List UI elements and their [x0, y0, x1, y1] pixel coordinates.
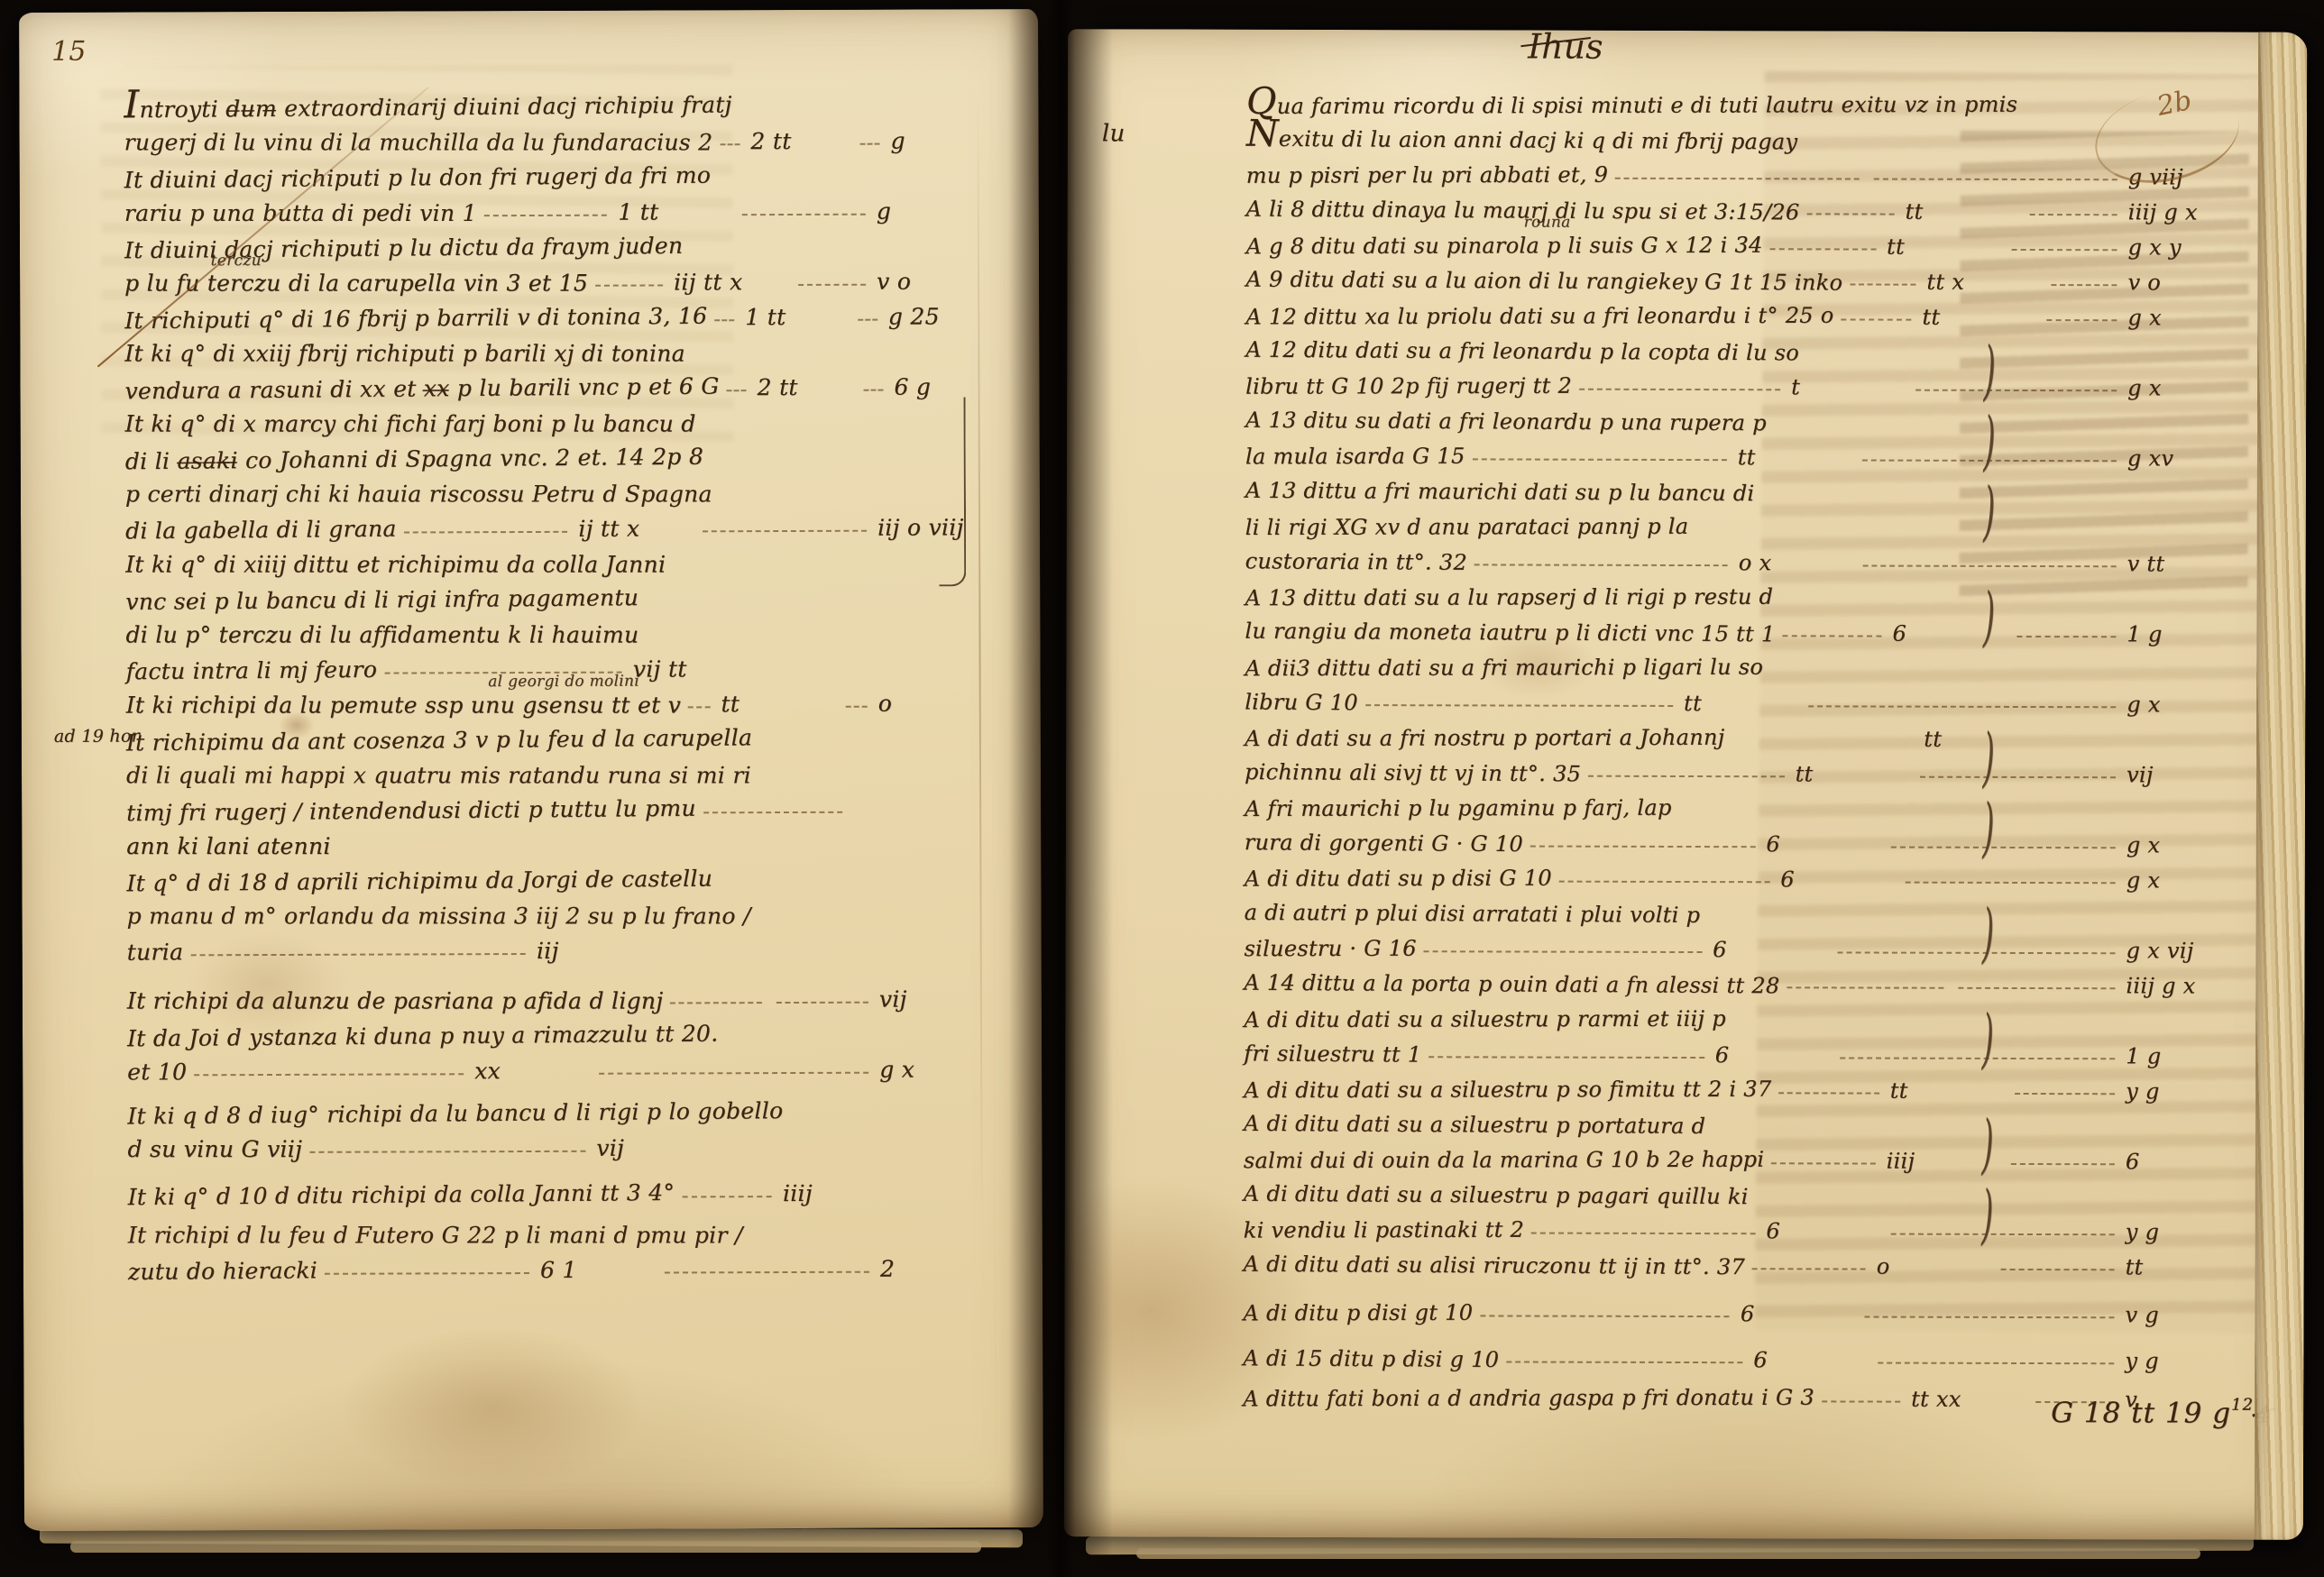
- spacer: [1773, 610, 2005, 611]
- entry-bracket: [939, 397, 967, 586]
- amount-mid: 6 1: [537, 1257, 657, 1283]
- ledger-line: pichinnu ali sivj tt vj in tt°. 35ttvij: [1245, 752, 2237, 790]
- leader-line: [2001, 1269, 2115, 1270]
- line-text: li li rigi XG xv d anu parataci pannj p …: [1245, 514, 1689, 540]
- line-text: salmi dui di ouin da la marina G 10 b 2e…: [1244, 1147, 1764, 1174]
- leader-line: [2030, 214, 2117, 215]
- spacer: [1726, 1032, 1981, 1033]
- spacer: [2000, 682, 2237, 683]
- leader-line: [2011, 1163, 2115, 1165]
- leader-line: [1850, 283, 1915, 285]
- total-amount: G 18 tt 19 g: [2051, 1397, 2231, 1430]
- invocation-text: Ihus: [1528, 27, 1603, 67]
- leader-line: [1474, 564, 1728, 566]
- leader-line: [665, 1271, 869, 1274]
- amount-mid: 6: [1762, 1218, 1883, 1243]
- amount-right: iij o viij: [874, 514, 987, 540]
- amount-right: g x: [2123, 832, 2237, 857]
- amount-right: g x: [2124, 375, 2237, 400]
- ledger-line: It richipi d lu feu d Futero G 22 p li m…: [128, 1213, 990, 1251]
- spacer: [2005, 611, 2237, 612]
- leader-line: [1873, 179, 2117, 181]
- amount-right: g 25: [885, 303, 987, 329]
- leader-line: [1771, 1162, 1875, 1164]
- line-text: p certi dinarj chi ki hauia riscossu Pet…: [125, 481, 712, 507]
- leader-line: [1862, 460, 2117, 463]
- line-text: It ki q d 8 d iug° richipi da lu bancu d…: [127, 1097, 783, 1129]
- ledger-line: A dii3 dittu dati su a fri maurichi p li…: [1245, 646, 2237, 684]
- page-stack-edge: [70, 1541, 981, 1553]
- amount-mid: iij: [533, 938, 654, 964]
- ledger-line: zutu do hieracki6 12: [128, 1248, 990, 1286]
- leader-line: [1778, 1092, 1878, 1094]
- amount-right: g x vij: [2122, 938, 2236, 963]
- ledger-line: It richiputi q° di 16 fbrij p barrili v …: [124, 296, 987, 334]
- ledger-line: It q° d di 18 d aprili richipimu da Jorg…: [126, 858, 988, 896]
- left-page-text: Introyti d̶u̶m̶ extraordinarij diuini da…: [124, 85, 990, 1286]
- ledger-line: custoraria in tt°. 32o xv tt: [1245, 541, 2237, 579]
- leader-line: [1865, 1316, 2115, 1319]
- interline-note: rouna: [1524, 214, 1571, 232]
- spacer: [683, 260, 834, 261]
- spacer: [813, 610, 988, 611]
- leader-line: [714, 319, 734, 321]
- amount-right: y g: [2122, 1219, 2236, 1244]
- line-text: pichinnu ali sivj tt vj in tt°. 35: [1245, 759, 1581, 786]
- spacer: [654, 962, 989, 963]
- amount-right: g x: [2123, 692, 2237, 717]
- line-text: di la gabella di li grana: [125, 516, 397, 545]
- spacer: [1992, 1209, 2236, 1210]
- leader-line: [599, 1072, 868, 1075]
- leader-line: [1915, 390, 2117, 392]
- manuscript-photo: 15 Introyti d̶u̶m̶ extraordinarij diuini…: [0, 0, 2324, 1577]
- leader-line: [325, 1272, 529, 1275]
- leader-line: [1770, 248, 1876, 250]
- line-text: vnc sei p lu bancu di li rigi infra paga…: [125, 584, 638, 615]
- leader-line: [190, 953, 526, 956]
- amount-right: v o: [2124, 270, 2237, 295]
- leader-line: [2051, 284, 2117, 286]
- line-text: rugerj di lu vinu di la muchilla da lu f…: [124, 129, 713, 155]
- ledger-line: Nexitu di lu aion anni dacj ki q di mi f…: [1246, 119, 2238, 157]
- spacer: [1754, 505, 1996, 506]
- right-page-text: Qua farimu ricordu di li spisi minuti e …: [1243, 84, 2238, 1415]
- ledger-line: A li 8 dittu dinaya lu maurj di lu spu s…: [1246, 189, 2238, 227]
- spacer: [835, 259, 987, 260]
- ledger-line: A di ditu dati su alisi riruczonu tt ij …: [1244, 1244, 2236, 1282]
- spacer: [712, 506, 850, 507]
- line-text: A 12 ditu dati su a fri leonardu p la co…: [1245, 337, 1799, 366]
- amount-right: 6 g: [890, 373, 987, 399]
- ledger-line: It ki richipi da lu pemute ssp unu gsens…: [126, 683, 988, 720]
- amount-mid: iiij: [1883, 1149, 2004, 1174]
- line-text: A di ditu dati su a siluestru p portatur…: [1244, 1111, 1705, 1139]
- ledger-line: A di 15 ditu p disi g 106y g: [1243, 1338, 2235, 1376]
- spacer: [660, 857, 989, 857]
- leader-line: [1920, 776, 2116, 779]
- ledger-line: It ki q° d 10 d ditu richipi da colla Ja…: [128, 1172, 990, 1210]
- leader-line: [727, 390, 747, 391]
- leader-line: [1905, 882, 2115, 885]
- amount-right: vij: [2123, 762, 2237, 787]
- spacer: [1763, 681, 2000, 682]
- line-text: A di ditu p disi gt 10: [1243, 1300, 1473, 1326]
- amount-right: g xv: [2124, 445, 2237, 471]
- spacer: [685, 365, 836, 366]
- amount-mid: o x: [1735, 550, 1856, 575]
- amount-right: vij: [876, 986, 989, 1012]
- leader-line: [1890, 1233, 2114, 1236]
- leader-line: [1837, 951, 2115, 954]
- line-text: A di dati su a fri nostru p portari a Jo…: [1245, 725, 1724, 751]
- leader-line: [404, 531, 568, 534]
- leader-line: [1365, 704, 1673, 707]
- spacer: [1705, 1138, 1970, 1139]
- spacer: [845, 470, 987, 471]
- ledger-line: A di ditu p disi gt 106v g: [1243, 1292, 2235, 1330]
- leader-line: [1783, 635, 1882, 637]
- ledger-line: It richipimu da ant cosenza 3 v p lu feu…: [126, 718, 988, 756]
- leader-line: [742, 214, 866, 215]
- ledger-line: A 12 dittu xa lu priolu dati su a fri le…: [1245, 295, 2237, 333]
- line-text: A 13 ditu su dati a fri leonardu p una r…: [1245, 408, 1767, 436]
- amount-mid: 6: [1762, 831, 1883, 857]
- leader-line: [670, 1002, 762, 1004]
- amount-mid: 6: [1888, 621, 2009, 646]
- ledger-line: et 10xxg x: [127, 1049, 989, 1086]
- ledger-line: A di ditu dati su a siluestru p so fimit…: [1244, 1068, 2236, 1106]
- ledger-line: It ki q° di xxiij fbrij richiputi p bari…: [124, 331, 987, 369]
- ledger-line: Qua farimu ricordu di li spisi minuti e …: [1246, 84, 2238, 122]
- leader-line: [1530, 846, 1755, 848]
- leader-line: [1958, 987, 2115, 989]
- invocation-ihus: Ihus: [1528, 27, 1603, 67]
- amount-mid: tt: [1883, 234, 2004, 260]
- spacer: [1970, 1139, 2236, 1140]
- ledger-line: p certi dinarj chi ki hauia riscossu Pet…: [125, 472, 987, 509]
- amount-right: g: [873, 197, 987, 224]
- spacer: [1767, 435, 2002, 436]
- line-text: A 13 dittu dati su a lu rapserj d li rig…: [1245, 584, 1774, 611]
- leader-line: [1473, 458, 1727, 461]
- spacer: [638, 611, 813, 612]
- line-text: lu rangiu da moneta iautru p li dicti vn…: [1245, 619, 1775, 647]
- line-text: turia: [127, 939, 184, 966]
- line-text: libru tt G 10 2p fij rugerj tt 2: [1245, 373, 1572, 399]
- ledger-line: A di dati su a fri nostru p portari a Jo…: [1245, 717, 2237, 755]
- ledger-line: li li rigi XG xv d anu parataci pannj p …: [1245, 506, 2237, 544]
- leader-line: [859, 143, 879, 145]
- ledger-line: A di ditu dati su a siluestru p portatur…: [1244, 1104, 2236, 1141]
- spacer: [2041, 752, 2237, 753]
- amount-mid: tt: [1920, 727, 2041, 752]
- spacer: [1968, 928, 2236, 929]
- spacer: [1996, 506, 2237, 507]
- spacer: [1797, 153, 2017, 154]
- amount-mid: tt: [1792, 761, 1913, 786]
- line-text: fri siluestru tt 1: [1244, 1041, 1421, 1067]
- spacer: [850, 821, 988, 822]
- line-text: It da Joi d ystanza ki duna p nuy a rima…: [127, 1021, 719, 1052]
- spacer: [750, 681, 988, 682]
- folio-number-left: 15: [51, 36, 86, 68]
- spacer: [711, 189, 849, 190]
- spacer: [1749, 1208, 1992, 1209]
- line-text: It ki richipi da lu pemute ssp unu gsens…: [126, 692, 681, 718]
- spacer: [638, 646, 813, 647]
- amount-mid: 1 tt: [741, 304, 850, 330]
- amount-right: g x y: [2125, 234, 2238, 260]
- ledger-line: It richipi da alunzu de pasriana p afida…: [127, 978, 989, 1016]
- amount-mid: 1 tt: [614, 198, 735, 225]
- spacer: [2002, 436, 2237, 436]
- amount-mid: vij tt: [629, 656, 750, 682]
- leader-line: [1841, 318, 1911, 320]
- line-text: Nexitu di lu aion anni dacj ki q di mi f…: [1246, 119, 1798, 155]
- line-text: It ki q° di xxiij fbrij richiputi p bari…: [124, 340, 684, 366]
- ledger-line: di lu p° terczu di lu affidamentu k li h…: [125, 612, 987, 650]
- ledger-line: siluestru · G 166g x vij: [1244, 928, 2236, 966]
- ledger-line: A 9 ditu dati su a lu aion di lu rangiek…: [1245, 260, 2237, 298]
- line-text: zutu do hieracki: [128, 1257, 317, 1285]
- line-text: et 10: [127, 1059, 187, 1085]
- ledger-line: turiaiij: [127, 929, 989, 967]
- amount-mid: o: [1873, 1254, 1994, 1279]
- leader-line: [688, 706, 710, 708]
- line-text: It diuini dacj richiputi p lu dictu da f…: [124, 233, 684, 263]
- interline-note: al georgi do molini: [488, 673, 639, 692]
- line-text: rura di gorgenti G · G 10: [1245, 830, 1523, 857]
- line-text: libru G 10: [1245, 690, 1358, 716]
- ledger-line: It ki q d 8 d iug° richipi da lu bancu d…: [127, 1091, 989, 1129]
- amount-right: iiij g x: [2122, 973, 2236, 998]
- spacer: [854, 1047, 989, 1048]
- line-text: A 12 dittu xa lu priolu dati su a fri le…: [1245, 303, 1833, 330]
- leader-line: [703, 811, 842, 814]
- ledger-line: A 13 ditu su dati a fri leonardu p una r…: [1245, 400, 2237, 438]
- amount-right: g x: [2124, 305, 2237, 330]
- margin-note: lu: [1102, 120, 1125, 147]
- line-text: It q° d di 18 d aprili richipimu da Jorg…: [126, 866, 712, 897]
- leader-line: [1506, 1361, 1742, 1363]
- ledger-line: libru G 10ttg x: [1245, 682, 2237, 720]
- leader-line: [845, 706, 867, 708]
- amount-mid: 6: [1737, 1301, 1858, 1326]
- line-text: vendura a rasuni di xx et x̶x̶ p lu bari…: [124, 373, 719, 405]
- leader-line: [2011, 249, 2117, 251]
- leader-line: [2046, 319, 2117, 321]
- page-stack-edge: [1136, 1548, 2200, 1559]
- spacer: [718, 1048, 853, 1049]
- ledger-line: A di ditu dati su a siluestru p pagari q…: [1244, 1174, 2236, 1212]
- ledger-line: A fri maurichi p lu pgaminu p farj, lap): [1245, 787, 2237, 825]
- line-text: A 14 dittu a la porta p ouin dati a fn a…: [1244, 970, 1779, 999]
- spacer: [1954, 822, 2237, 823]
- ledger-line: ann ki lani atenni: [126, 823, 988, 861]
- leader-line: [1428, 1056, 1704, 1059]
- amount-mid: tt: [1734, 445, 1855, 470]
- leader-line: [1588, 775, 1784, 778]
- amount-mid: 6: [1709, 937, 1830, 962]
- amount-mid: tt: [1918, 305, 2039, 330]
- left-page: 15 Introyti d̶u̶m̶ extraordinarij diuini…: [19, 9, 1043, 1531]
- amount-mid: 2 tt: [754, 374, 857, 400]
- amount-right: iiij g x: [2125, 199, 2238, 225]
- ledger-line: libru tt G 10 2p fij rugerj tt 2tg x: [1245, 365, 2237, 403]
- leader-line: [1579, 389, 1780, 391]
- spacer: [331, 858, 660, 859]
- ledger-line: It da Joi d ystanza ki duna p nuy a rima…: [127, 1013, 989, 1051]
- amount-mid: iiij: [779, 1180, 900, 1206]
- amount-mid: iij tt x: [670, 269, 791, 295]
- line-text: di li quali mi happi x quatru mis ratand…: [126, 762, 751, 788]
- ledger-line: a di autri p plui disi arratati i plui v…: [1245, 893, 2237, 931]
- leader-line: [484, 215, 608, 216]
- ledger-line: A di ditu dati su p disi G 106g x: [1245, 857, 2237, 895]
- line-text: factu intra li mj feuro: [125, 656, 377, 684]
- line-text: A di ditu dati su a siluestru p pagari q…: [1244, 1181, 1749, 1209]
- amount-mid: ij tt x: [574, 515, 695, 541]
- spacer: [713, 1160, 989, 1160]
- leader-line: [720, 143, 739, 145]
- leader-line: [2015, 1093, 2115, 1095]
- ledger-line: vendura a rasuni di xx et x̶x̶ p lu bari…: [124, 366, 987, 404]
- line-text: A dittu fati boni a d andria gaspa p fri…: [1243, 1385, 1814, 1412]
- spacer: [836, 364, 987, 365]
- amount-right: y g: [2122, 1078, 2236, 1104]
- spacer: [1672, 821, 1954, 822]
- line-text: It ki q° di xiiij dittu et richipimu da …: [125, 552, 666, 578]
- spacer: [666, 576, 826, 577]
- amount-right: g x: [2123, 867, 2237, 893]
- leader-line: [1878, 1362, 2114, 1365]
- leader-line: [1531, 1233, 1755, 1235]
- spacer: [1724, 751, 1920, 752]
- leader-line: [595, 284, 663, 286]
- amount-right: 6: [2122, 1149, 2236, 1174]
- right-page: Ihus 2b Qua farimu ricordu di li spisi m…: [1064, 29, 2307, 1540]
- line-text: A di ditu dati su p disi G 10: [1245, 866, 1552, 892]
- amount-right: o: [875, 690, 988, 716]
- ledger-line: ki vendiu li pastinaki tt 26y g: [1244, 1209, 2236, 1247]
- amount-right: tt: [2122, 1254, 2236, 1279]
- spacer: [1963, 541, 2237, 542]
- line-text: It richiputi q° di 16 fbrij p barrili v …: [124, 303, 707, 335]
- ledger-line: salmi dui di ouin da la marina G 10 b 2e…: [1244, 1139, 2236, 1177]
- ledger-line: fri siluestru tt 161 g: [1244, 1033, 2236, 1071]
- spacer: [813, 646, 988, 646]
- ledger-line: Introyti d̶u̶m̶ extraordinarij diuini da…: [124, 85, 986, 123]
- spacer: [1700, 927, 1968, 928]
- leader-line: [1822, 1400, 1900, 1402]
- ledger-line: p manu d m° orlandu da missina 3 iij 2 s…: [126, 894, 988, 931]
- spacer: [2018, 365, 2237, 366]
- leader-line: [1559, 881, 1769, 884]
- amount-mid: tt xx: [1907, 1387, 2028, 1412]
- amount-mid: t: [1787, 374, 1908, 399]
- ledger-line: A 13 dittu dati su a lu rapserj d li rig…: [1245, 576, 2237, 614]
- line-text: p manu d m° orlandu da missina 3 iij 2 s…: [127, 903, 751, 929]
- ledger-line: di li a̶s̶a̶k̶i̶ co Johanni di Spagna vn…: [125, 436, 987, 474]
- leader-line: [194, 1073, 464, 1076]
- amount-right: y g: [2121, 1348, 2235, 1373]
- line-text: custoraria in tt°. 32: [1245, 548, 1467, 575]
- amount-right: 2: [877, 1255, 990, 1281]
- leader-line: [1890, 847, 2115, 849]
- leader-line: [1808, 705, 2116, 708]
- interline-note: terczu: [211, 252, 262, 270]
- amount-right: v o: [873, 268, 987, 294]
- leader-line: [1806, 213, 1894, 215]
- line-text: siluestru · G 16: [1244, 936, 1416, 962]
- line-text: ann ki lani atenni: [126, 833, 330, 859]
- line-text: mu p pisri per lu pri abbati et, 9: [1246, 162, 1608, 188]
- amount-mid: 6: [1777, 866, 1897, 892]
- ledger-line: di li quali mi happi x quatru mis ratand…: [126, 753, 988, 791]
- leader-line: [776, 1002, 868, 1004]
- line-text: A g 8 ditu dati su pinarola p li suis G …: [1246, 233, 1763, 260]
- ledger-line: lu rangiu da moneta iautru p li dicti vn…: [1245, 611, 2237, 649]
- line-text: It ki q° d 10 d ditu richipi da colla Ja…: [128, 1179, 675, 1210]
- spacer: [703, 471, 845, 472]
- line-text: It richipimu da ant cosenza 3 v p lu feu…: [126, 724, 753, 756]
- leader-line: [798, 284, 866, 286]
- amount-mid: tt: [1887, 1078, 2007, 1104]
- amount-right: g: [886, 127, 986, 153]
- ledger-line: A g 8 ditu dati su pinarola p li suis G …: [1246, 225, 2238, 262]
- leader-line: [309, 1151, 585, 1153]
- book-fore-edge: [2255, 32, 2307, 1540]
- amount-right: v tt: [2124, 551, 2237, 576]
- amount-right: g x: [876, 1056, 989, 1082]
- line-text: a di autri p plui disi arratati i plui v…: [1245, 900, 1701, 928]
- line-text: A li 8 dittu dinaya lu maurj di lu spu s…: [1246, 197, 1800, 225]
- line-text: di lu p° terczu di lu affidamentu k li h…: [125, 622, 638, 648]
- ledger-line: A 12 ditu dati su a fri leonardu p la co…: [1245, 330, 2237, 368]
- amount-mid: 2 tt: [747, 128, 852, 154]
- leader-line: [682, 1196, 772, 1197]
- leader-line: [858, 319, 877, 321]
- line-text: A di 15 ditu p disi g 10: [1243, 1345, 1499, 1372]
- ledger-line: mu p pisri per lu pri abbati et, 9g viij: [1246, 154, 2238, 192]
- ledger-line: rura di gorgenti G · G 106g x: [1245, 822, 2237, 860]
- ledger-line: p lu fu terczu di la carupella vin 3 et …: [124, 261, 987, 298]
- line-text: It ki q° di x marcy chi fichi farj boni …: [125, 410, 696, 436]
- amount-mid: xx: [471, 1058, 592, 1084]
- line-text: It diuini dacj richiputi p lu don fri ru…: [124, 162, 712, 194]
- ledger-line: A di ditu dati su a siluestru p rarmi et…: [1244, 998, 2236, 1036]
- amount-mid: tt: [1902, 199, 2023, 225]
- ledger-line: rugerj di lu vinu di la muchilla da lu f…: [124, 120, 986, 158]
- page-total: G 18 tt 19 g124: [2051, 1395, 2271, 1430]
- leader-line: [863, 390, 883, 391]
- leader-line: [1863, 565, 2117, 568]
- line-text: Introyti d̶u̶m̶ extraordinarij diuini da…: [124, 85, 732, 123]
- spacer: [1688, 540, 1962, 541]
- amount-mid: tt x: [1923, 270, 2044, 295]
- ledger-line: A 13 dittu a fri maurichi dati su p lu b…: [1245, 471, 2237, 509]
- line-text: It richipi da alunzu de pasriana p afida…: [127, 988, 663, 1014]
- line-text: ki vendiu li pastinaki tt 2: [1244, 1217, 1524, 1243]
- line-text: A di ditu dati su a siluestru p rarmi et…: [1244, 1006, 1726, 1032]
- amount-mid: tt: [717, 691, 838, 717]
- leader-line: [703, 530, 867, 533]
- ledger-line: timj fri rugerj / intendendusi dicti p t…: [126, 788, 988, 826]
- line-text: rariu p una butta di pedi vin 1: [124, 200, 477, 226]
- amount-mid: 6: [1750, 1347, 1870, 1372]
- line-text: A dii3 dittu dati su a fri maurichi p li…: [1245, 655, 1763, 682]
